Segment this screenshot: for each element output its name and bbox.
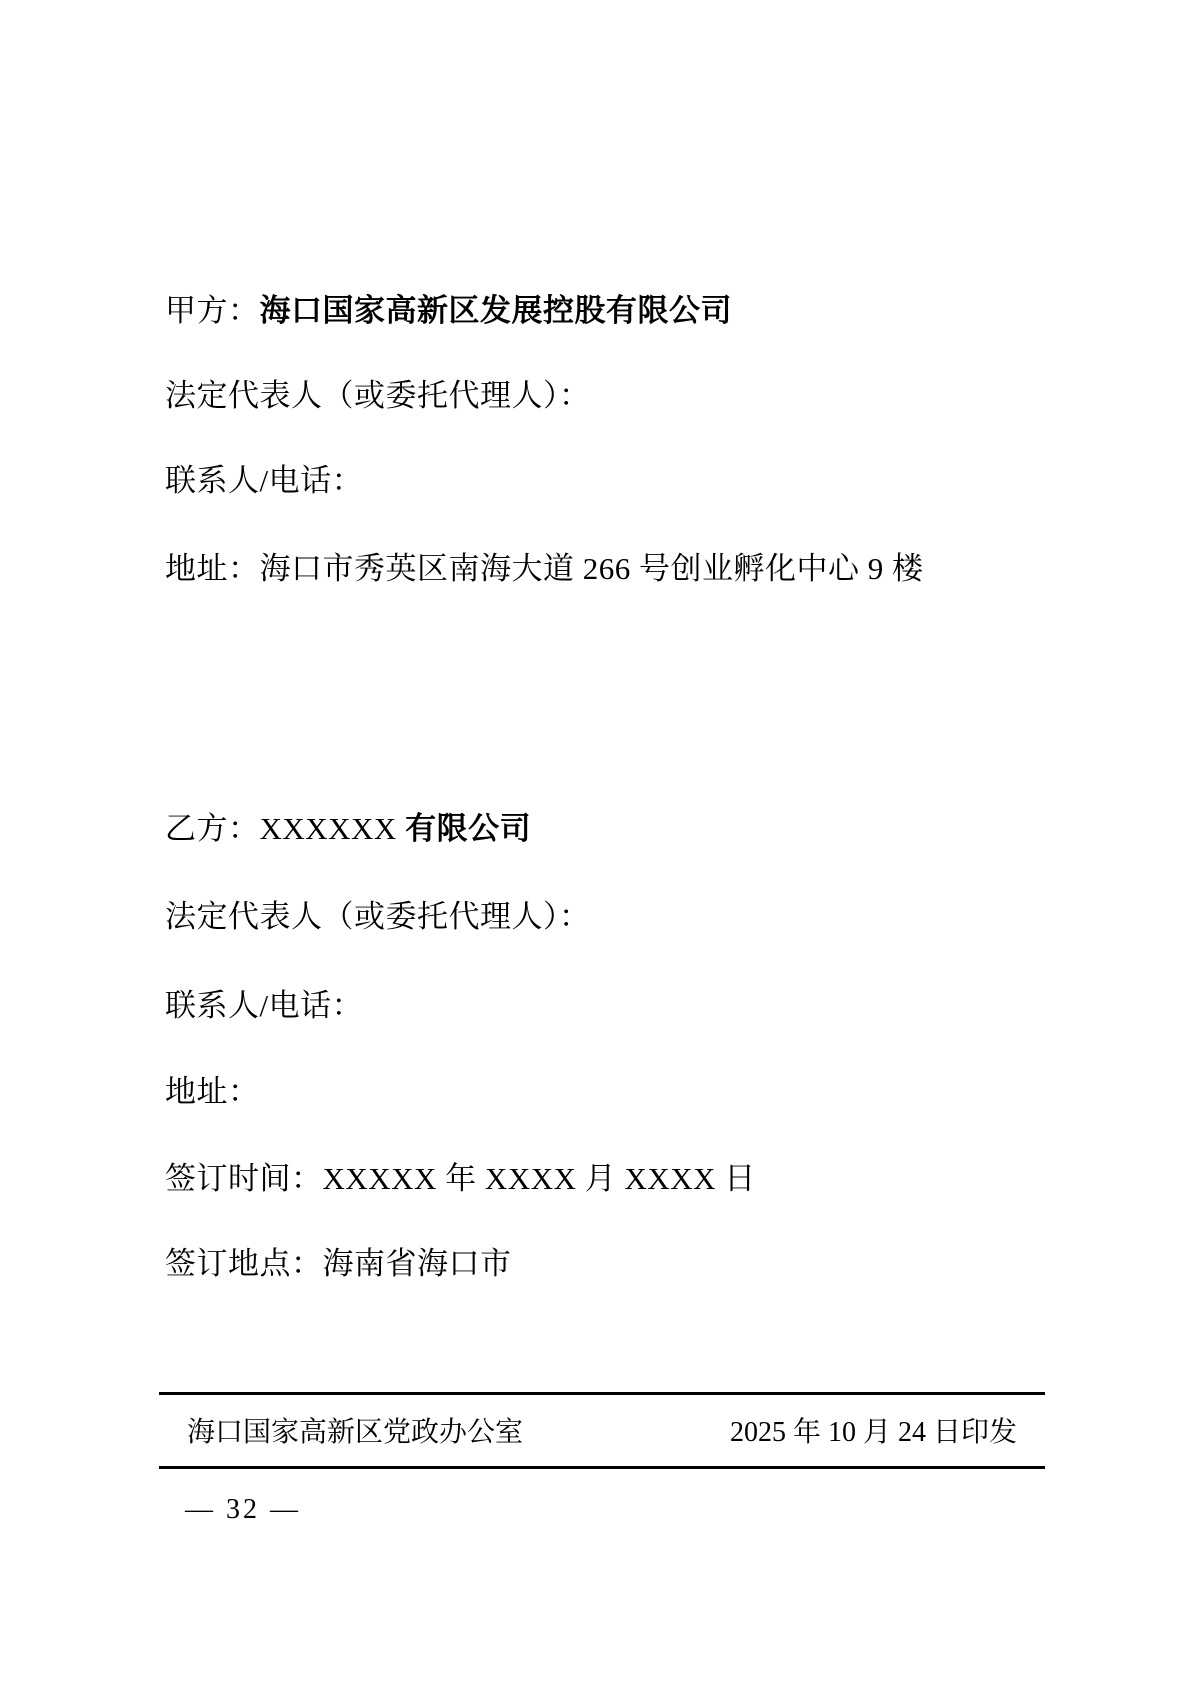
signing-time-label: 签订时间： [165, 1161, 323, 1196]
party-a-address-value: 海口市秀英区南海大道 266 号创业孵化中心 9 楼 [260, 551, 924, 586]
party-a-contact-phone: 联系人/电话： [165, 463, 363, 499]
party-b-contact-phone: 联系人/电话： [165, 988, 363, 1024]
signing-time-value: XXXXX 年 XXXX 月 XXXX 日 [323, 1161, 756, 1196]
party-a-legal-representative: 法定代表人（或委托代理人）： [165, 378, 591, 414]
party-a-address-label: 地址： [165, 551, 260, 586]
party-b-heading: 乙方：XXXXXX 有限公司 [165, 811, 531, 847]
signing-place-value: 海南省海口市 [323, 1246, 512, 1281]
signing-place: 签订地点：海南省海口市 [165, 1246, 512, 1282]
party-b-label: 乙方： [165, 811, 260, 846]
party-b-address: 地址： [165, 1074, 260, 1110]
page-number: — 32 — [185, 1494, 301, 1526]
party-b-company-suffix: 有限公司 [405, 811, 531, 846]
footer-bottom-rule [159, 1466, 1045, 1469]
party-b-company-placeholder: XXXXXX [260, 811, 406, 846]
print-date: 2025 年 10 月 24 日印发 [730, 1416, 1017, 1450]
colophon-row: 海口国家高新区党政办公室 2025 年 10 月 24 日印发 [159, 1416, 1045, 1450]
issuing-office: 海口国家高新区党政办公室 [187, 1416, 523, 1450]
party-a-address: 地址：海口市秀英区南海大道 266 号创业孵化中心 9 楼 [165, 551, 924, 587]
party-b-legal-representative: 法定代表人（或委托代理人）： [165, 899, 591, 935]
signing-time: 签订时间：XXXXX 年 XXXX 月 XXXX 日 [165, 1161, 756, 1197]
signing-place-label: 签订地点： [165, 1246, 323, 1281]
footer-top-rule [159, 1392, 1045, 1395]
party-a-label: 甲方： [165, 293, 260, 328]
document-page: 甲方：海口国家高新区发展控股有限公司 法定代表人（或委托代理人）： 联系人/电话… [0, 0, 1191, 1684]
party-a-company-name: 海口国家高新区发展控股有限公司 [260, 293, 733, 328]
party-a-heading: 甲方：海口国家高新区发展控股有限公司 [165, 293, 732, 329]
